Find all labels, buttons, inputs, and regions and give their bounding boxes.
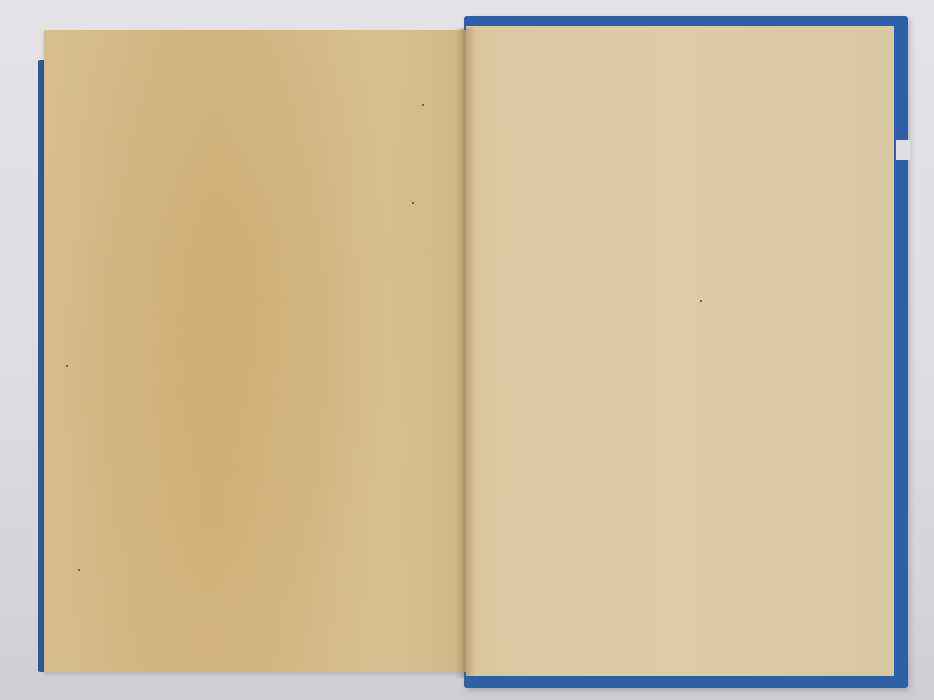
foxing-spot bbox=[78, 569, 80, 571]
left-page-blank bbox=[44, 30, 464, 672]
spine-shadow bbox=[455, 28, 475, 678]
right-page-blank bbox=[466, 26, 894, 676]
cover-notch bbox=[896, 140, 910, 160]
foxing-spot bbox=[422, 104, 424, 106]
foxing-spot bbox=[412, 202, 414, 204]
foxing-spot bbox=[66, 365, 68, 367]
foxing-spot bbox=[700, 300, 702, 302]
